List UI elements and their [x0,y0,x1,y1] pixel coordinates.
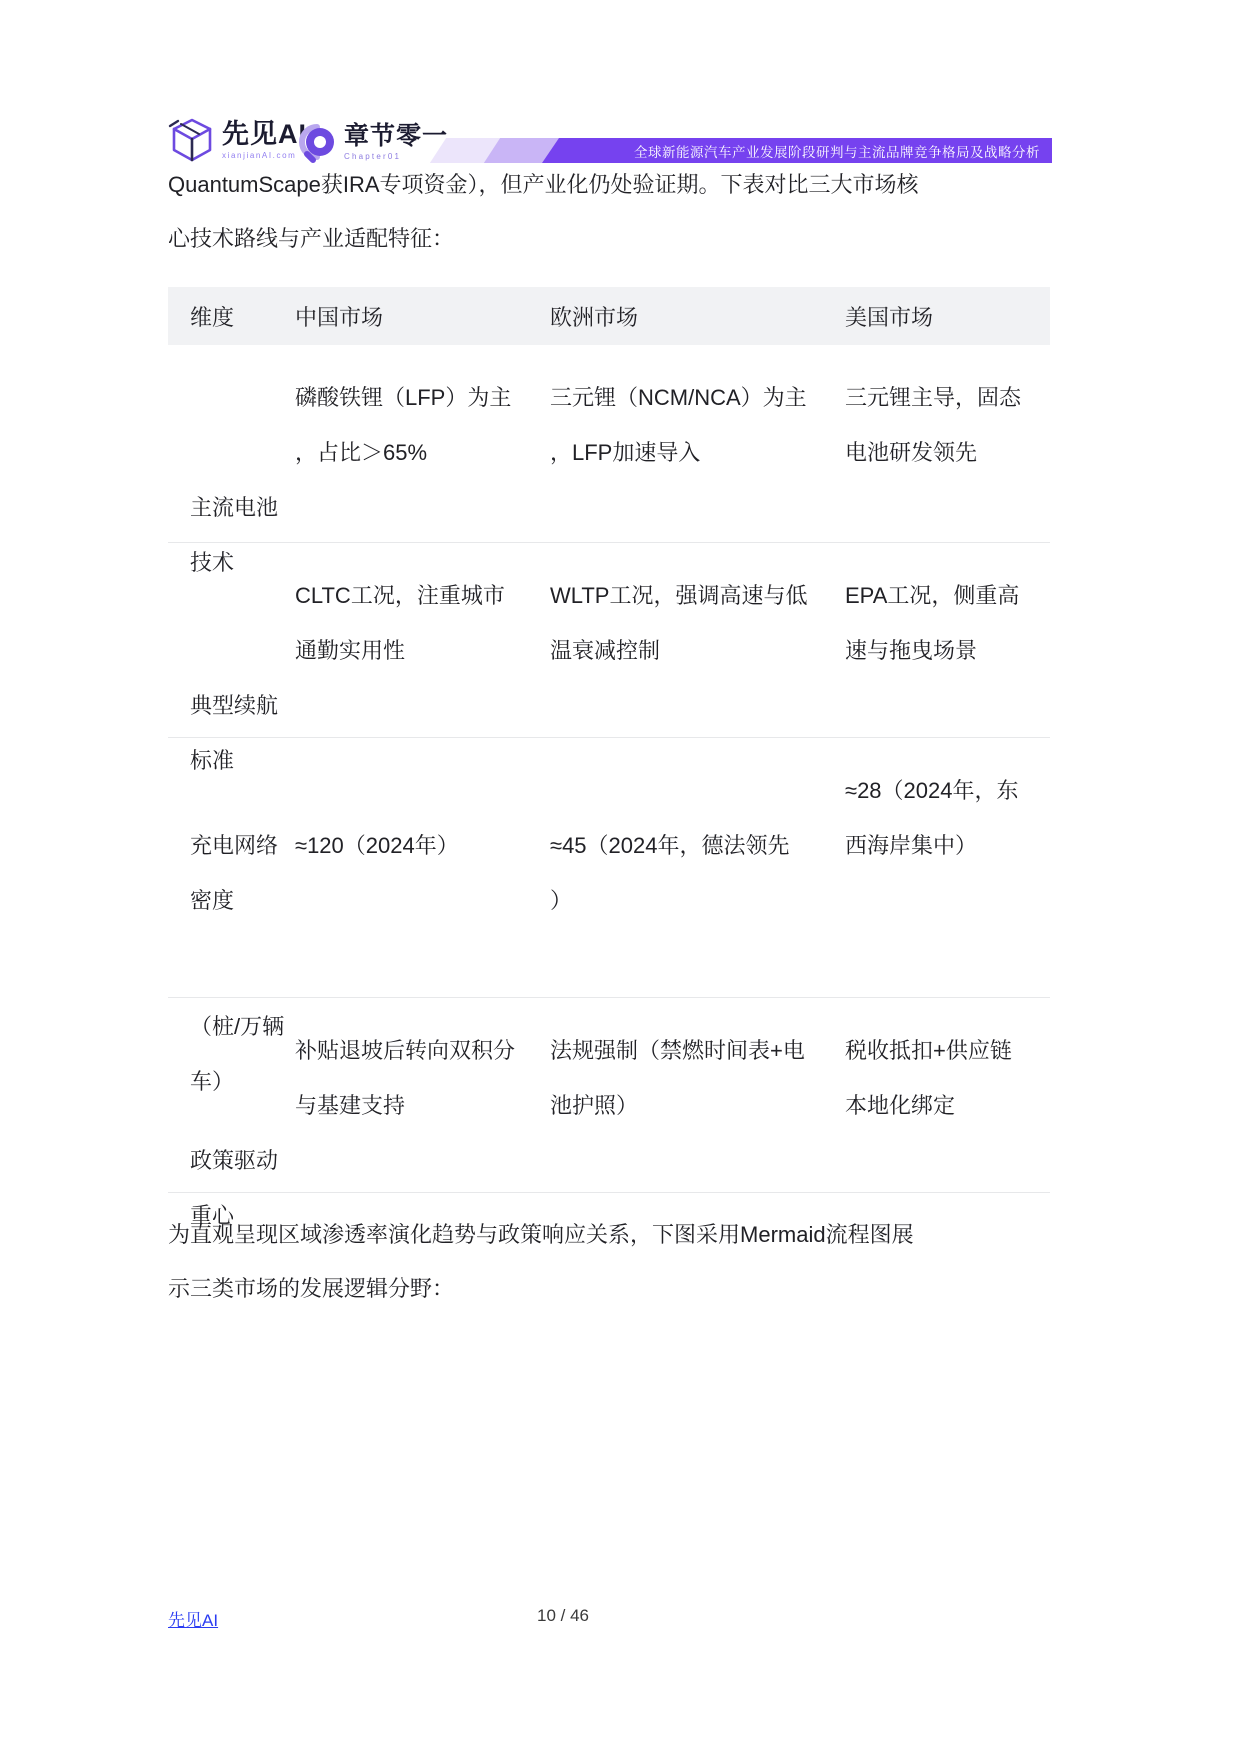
cell-europe: 法规强制（禁燃时间表+电 池护照） [550,998,845,1192]
table-row: 充电网络 密度 （桩/万辆 车） ≈120（2024年） ≈45（2024年，德… [168,738,1050,998]
cell-europe: WLTP工况，强调高速与低 温衰减控制 [550,543,845,737]
table-row: 典型续航 标准 CLTC工况，注重城市 通勤实用性 WLTP工况，强调高速与低 … [168,543,1050,738]
outro-paragraph: 为直观呈现区域渗透率演化趋势与政策响应关系，下图采用Mermaid流程图展 示三… [168,1208,1052,1316]
cell-dimension: 典型续航 标准 [168,543,295,737]
table-row: 政策驱动 重心 补贴退坡后转向双积分 与基建支持 法规强制（禁燃时间表+电 池护… [168,998,1050,1193]
cell-china: ≈120（2024年） [295,738,550,997]
col-header-dimension: 维度 [168,301,295,332]
page-number: 10 / 46 [168,1606,958,1626]
col-header-usa: 美国市场 [845,301,1050,332]
cell-europe: 三元锂（NCM/NCA）为主 ，LFP加速导入 [550,345,845,542]
cell-usa: 税收抵扣+供应链 本地化绑定 [845,998,1050,1192]
col-header-china: 中国市场 [295,301,550,332]
table-row: 主流电池 技术 磷酸铁锂（LFP）为主 ，占比＞65% 三元锂（NCM/NCA）… [168,345,1050,543]
col-header-europe: 欧洲市场 [550,301,845,332]
dimension-label: 充电网络 密度 [190,818,295,928]
cell-china: 补贴退坡后转向双积分 与基建支持 [295,998,550,1192]
cell-dimension: 主流电池 技术 [168,345,295,542]
cell-dimension: 充电网络 密度 （桩/万辆 车） [168,738,295,997]
cell-china: 磷酸铁锂（LFP）为主 ，占比＞65% [295,345,550,542]
cell-usa: EPA工况，侧重高 速与拖曳场景 [845,543,1050,737]
cell-usa: ≈28（2024年，东 西海岸集中） [845,738,1050,997]
cell-europe: ≈45（2024年，德法领先 ） [550,738,845,997]
market-comparison-table: 维度 中国市场 欧洲市场 美国市场 主流电池 技术 磷酸铁锂（LFP）为主 ，占… [168,287,1050,1193]
table-header-row: 维度 中国市场 欧洲市场 美国市场 [168,287,1050,345]
document-page: 先见AI xianjianAI.com 章节零一 Chapter01 全球新能源… [0,0,1240,1755]
cell-usa: 三元锂主导，固态 电池研发领先 [845,345,1050,542]
cell-dimension: 政策驱动 重心 [168,998,295,1192]
intro-paragraph: QuantumScape获IRA专项资金），但产业化仍处验证期。下表对比三大市场… [168,158,1052,266]
cell-china: CLTC工况，注重城市 通勤实用性 [295,543,550,737]
